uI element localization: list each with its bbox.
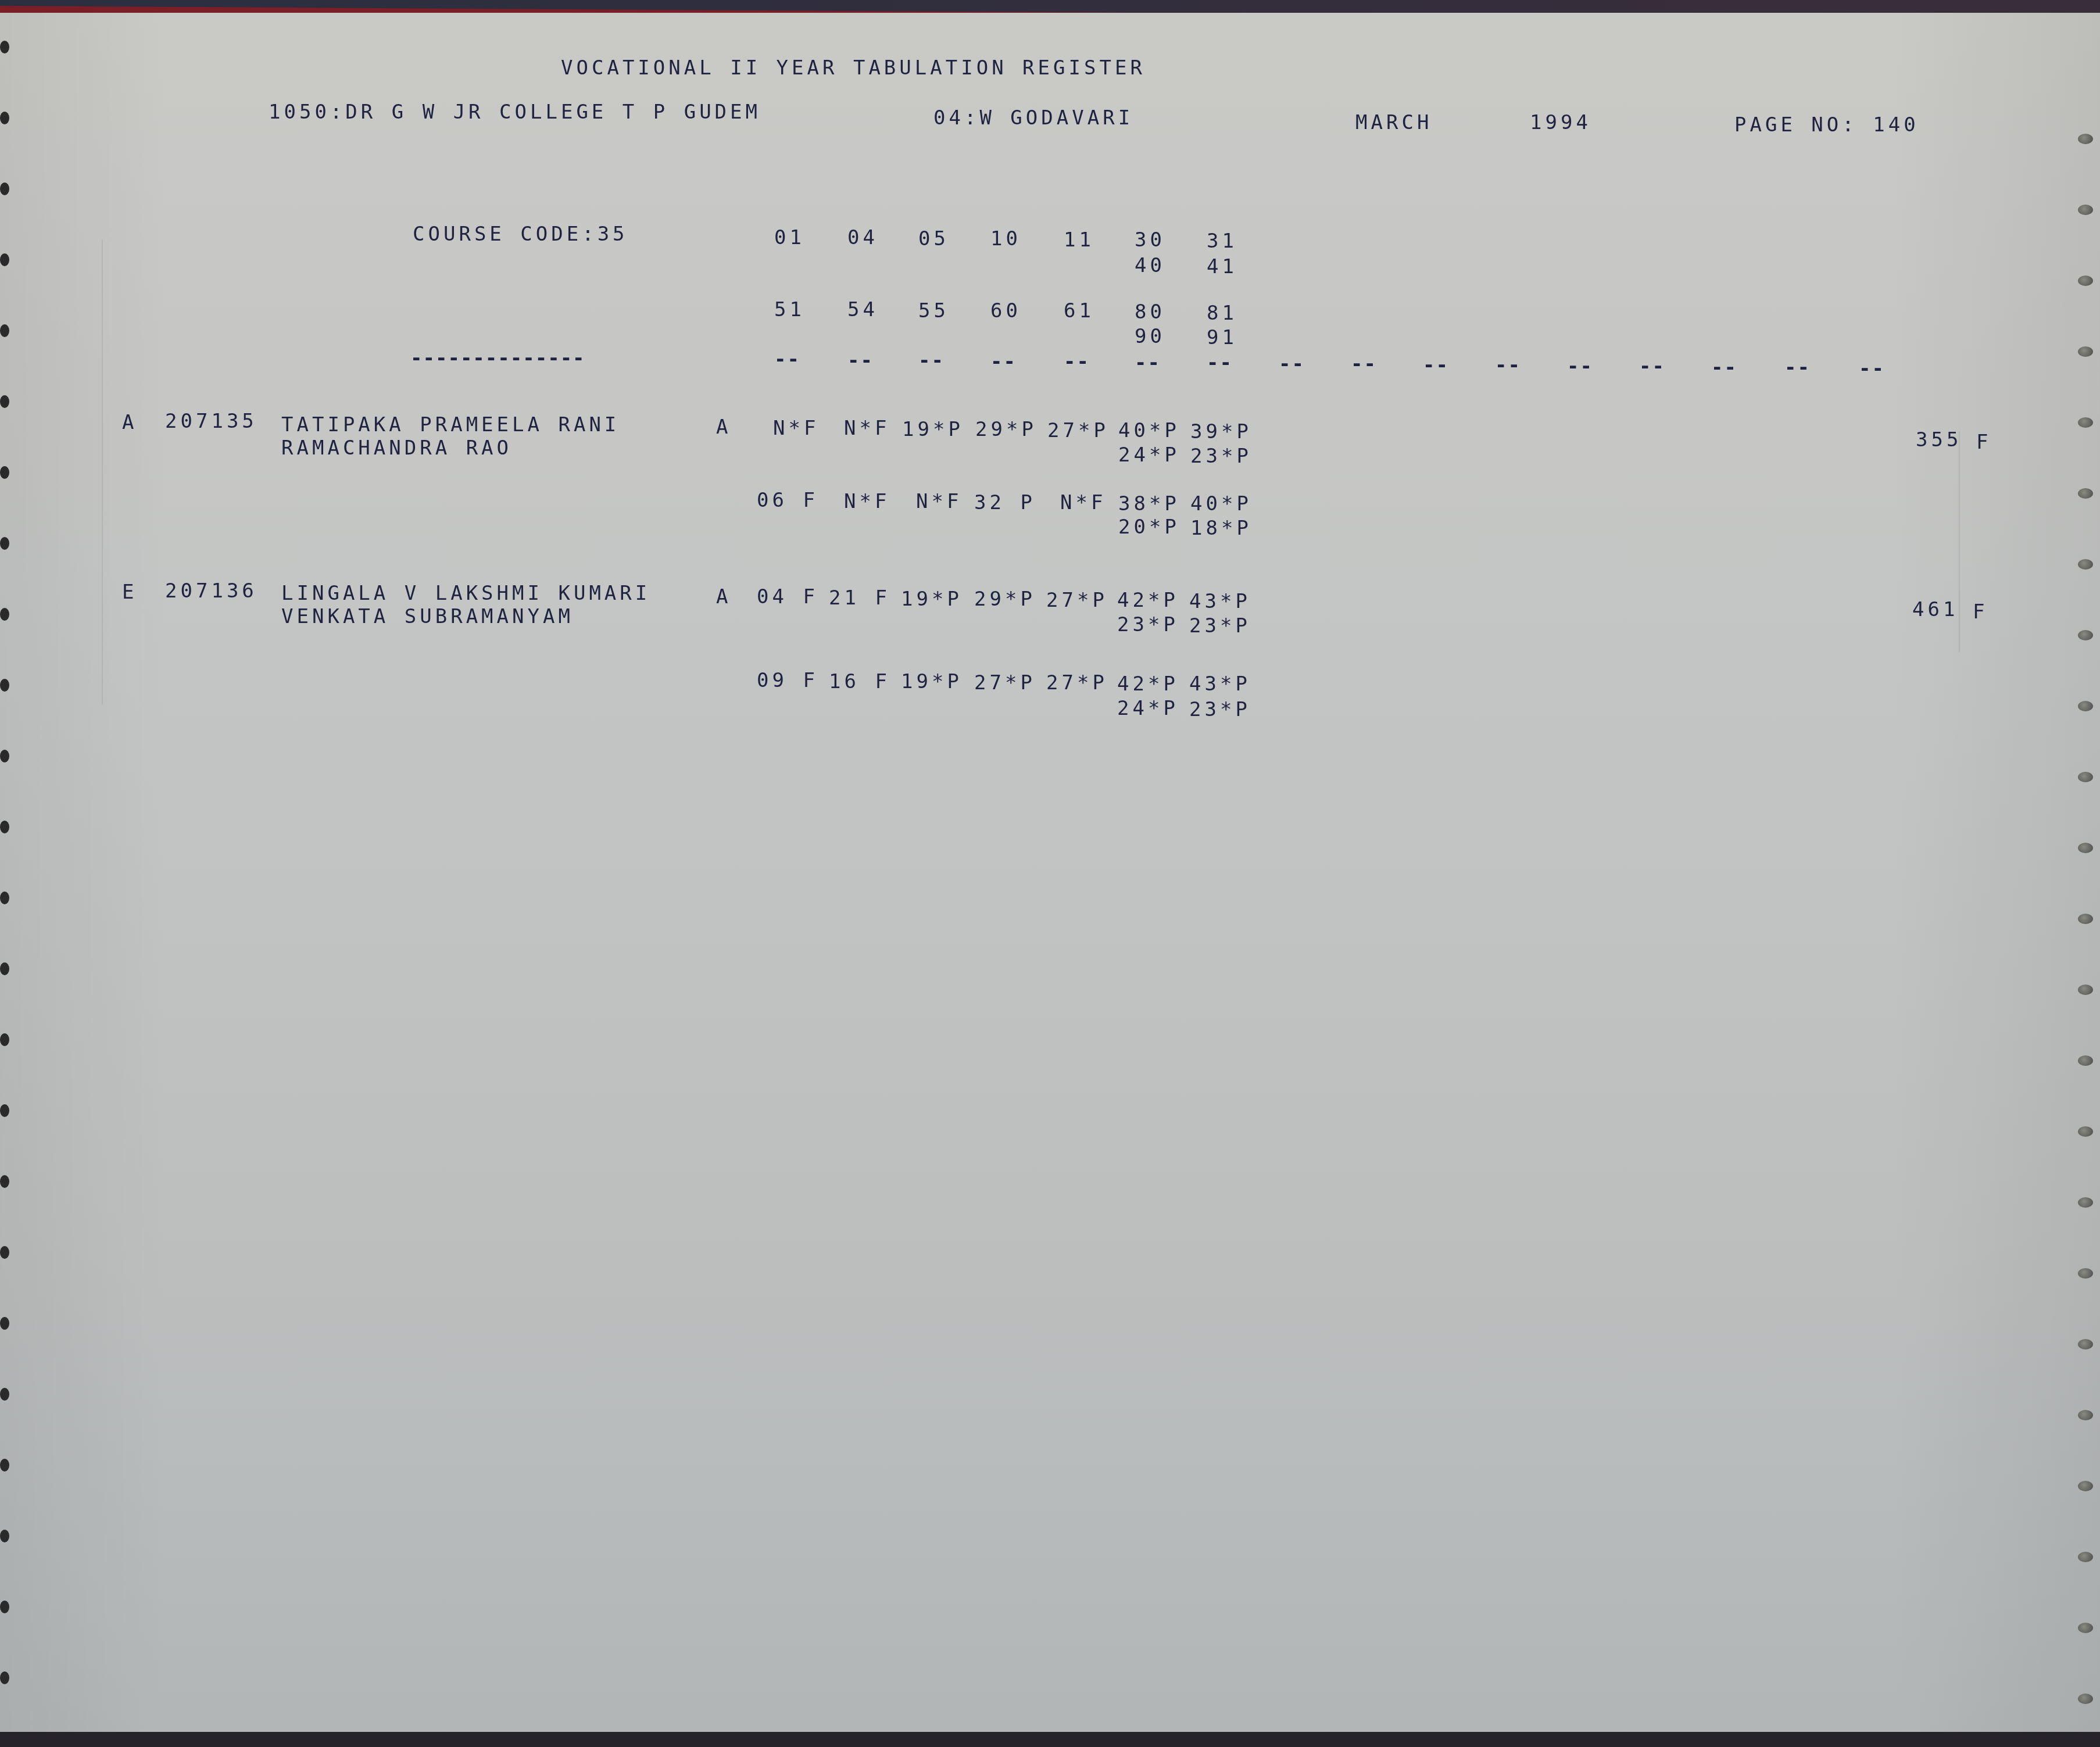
father-name: VENKATA SUBRAMANYAM [281, 607, 574, 627]
mark: 04 F [757, 587, 818, 607]
medium: A [716, 587, 731, 607]
total-marks: 355 [1916, 430, 1962, 450]
mark: N*F [844, 418, 890, 438]
mark: 09 F [757, 671, 818, 690]
course-code: COURSE CODE:35 [413, 224, 628, 244]
mark: 19*P [902, 420, 964, 439]
mark: 42*P [1117, 674, 1179, 694]
total-marks: 461 [1912, 600, 1958, 620]
mark: 29*P [974, 589, 1036, 609]
mark: 06 F [757, 491, 818, 510]
subject-code: 11 [1064, 230, 1094, 250]
subject-code: 54 [847, 300, 878, 320]
column-rule: -- [774, 348, 800, 371]
subject-code: 40 [1135, 256, 1165, 275]
mark: 27*P [1047, 421, 1109, 441]
mark: 32 P [974, 493, 1036, 513]
subject-code: 05 [918, 229, 949, 249]
subject-code: 80 [1135, 302, 1165, 322]
subject-code: 81 [1207, 303, 1237, 323]
exam-month: MARCH [1355, 113, 1432, 133]
column-rule: -- [1859, 357, 1885, 380]
photo-background-bottom [0, 1732, 2100, 1747]
mark: 19*P [901, 672, 963, 692]
report-title: VOCATIONAL II YEAR TABULATION REGISTER [561, 58, 1146, 78]
mark: 27*P [974, 673, 1036, 693]
subject-code: 04 [847, 228, 878, 248]
candidate-category: A [122, 413, 137, 432]
candidate-name: TATIPAKA PRAMEELA RANI [281, 415, 620, 435]
column-rule: -- [1784, 356, 1811, 379]
perforation-guide [102, 239, 103, 704]
roll-number: 207135 [165, 411, 257, 431]
college-name: 1050:DR G W JR COLLEGE T P GUDEM [269, 102, 761, 122]
column-rule: -- [847, 349, 874, 372]
district: 04:W GODAVARI [933, 108, 1133, 128]
mark: N*F [916, 492, 962, 511]
candidate-name: LINGALA V LAKSHMI KUMARI [281, 583, 650, 603]
mark: 23*P [1189, 616, 1251, 636]
name-rule: -------------- [410, 346, 585, 370]
mark: 18*P [1190, 518, 1252, 538]
subject-code: 30 [1135, 230, 1165, 250]
page-number: PAGE NO: 140 [1734, 115, 1919, 135]
tractor-feed-holes-right [2065, 23, 2100, 1732]
subject-code: 55 [918, 301, 949, 321]
printed-sheet: VOCATIONAL II YEAR TABULATION REGISTER 1… [0, 13, 2100, 1735]
mark: 43*P [1189, 592, 1251, 611]
mark: 27*P [1046, 673, 1108, 693]
mark: 39*P [1190, 422, 1252, 442]
exam-year: 1994 [1530, 113, 1591, 133]
perforation-guide [1959, 431, 1960, 652]
column-rule: -- [1207, 351, 1233, 374]
subject-code: 10 [990, 229, 1021, 249]
mark: 38*P [1118, 494, 1180, 514]
mark: N*F [1060, 493, 1106, 513]
mark: N*F [773, 418, 819, 438]
column-rule: -- [1064, 350, 1090, 373]
column-rule: -- [1495, 353, 1521, 377]
mark: 24*P [1117, 699, 1179, 718]
column-rule: -- [1711, 356, 1737, 379]
mark: 21 F [829, 588, 890, 608]
column-rule: -- [1567, 355, 1593, 378]
subject-code: 61 [1064, 301, 1094, 321]
subject-code: 60 [990, 301, 1021, 321]
mark: 40*P [1190, 494, 1252, 514]
subject-code: 90 [1135, 327, 1165, 346]
column-rule: -- [990, 350, 1017, 373]
mark: 24*P [1118, 445, 1180, 465]
father-name: RAMACHANDRA RAO [281, 438, 512, 458]
mark: N*F [844, 492, 890, 511]
tractor-feed-holes-left [0, 23, 12, 1732]
mark: 42*P [1117, 590, 1179, 610]
column-rule: -- [1423, 353, 1449, 377]
column-rule: -- [1279, 352, 1305, 375]
result: F [1976, 432, 1991, 452]
mark: 27*P [1046, 590, 1108, 610]
column-rule: -- [1639, 355, 1665, 378]
subject-code: 51 [774, 300, 805, 320]
mark: 23*P [1117, 615, 1179, 635]
mark: 43*P [1189, 674, 1251, 694]
column-rule: -- [918, 349, 945, 372]
subject-code: 31 [1207, 231, 1237, 251]
column-rule: -- [1135, 351, 1161, 374]
mark: 16 F [829, 672, 890, 692]
column-rule: -- [1351, 352, 1377, 375]
mark: 23*P [1189, 700, 1251, 719]
mark: 20*P [1118, 517, 1180, 537]
subject-code: 01 [774, 228, 805, 248]
subject-code: 91 [1207, 328, 1237, 348]
mark: 40*P [1118, 421, 1180, 441]
roll-number: 207136 [165, 581, 257, 601]
candidate-category: E [122, 582, 137, 602]
medium: A [716, 417, 731, 437]
result: F [1973, 602, 1988, 622]
mark: 23*P [1190, 446, 1252, 466]
mark: 19*P [901, 589, 963, 609]
subject-code: 41 [1207, 257, 1237, 277]
mark: 29*P [975, 420, 1037, 439]
